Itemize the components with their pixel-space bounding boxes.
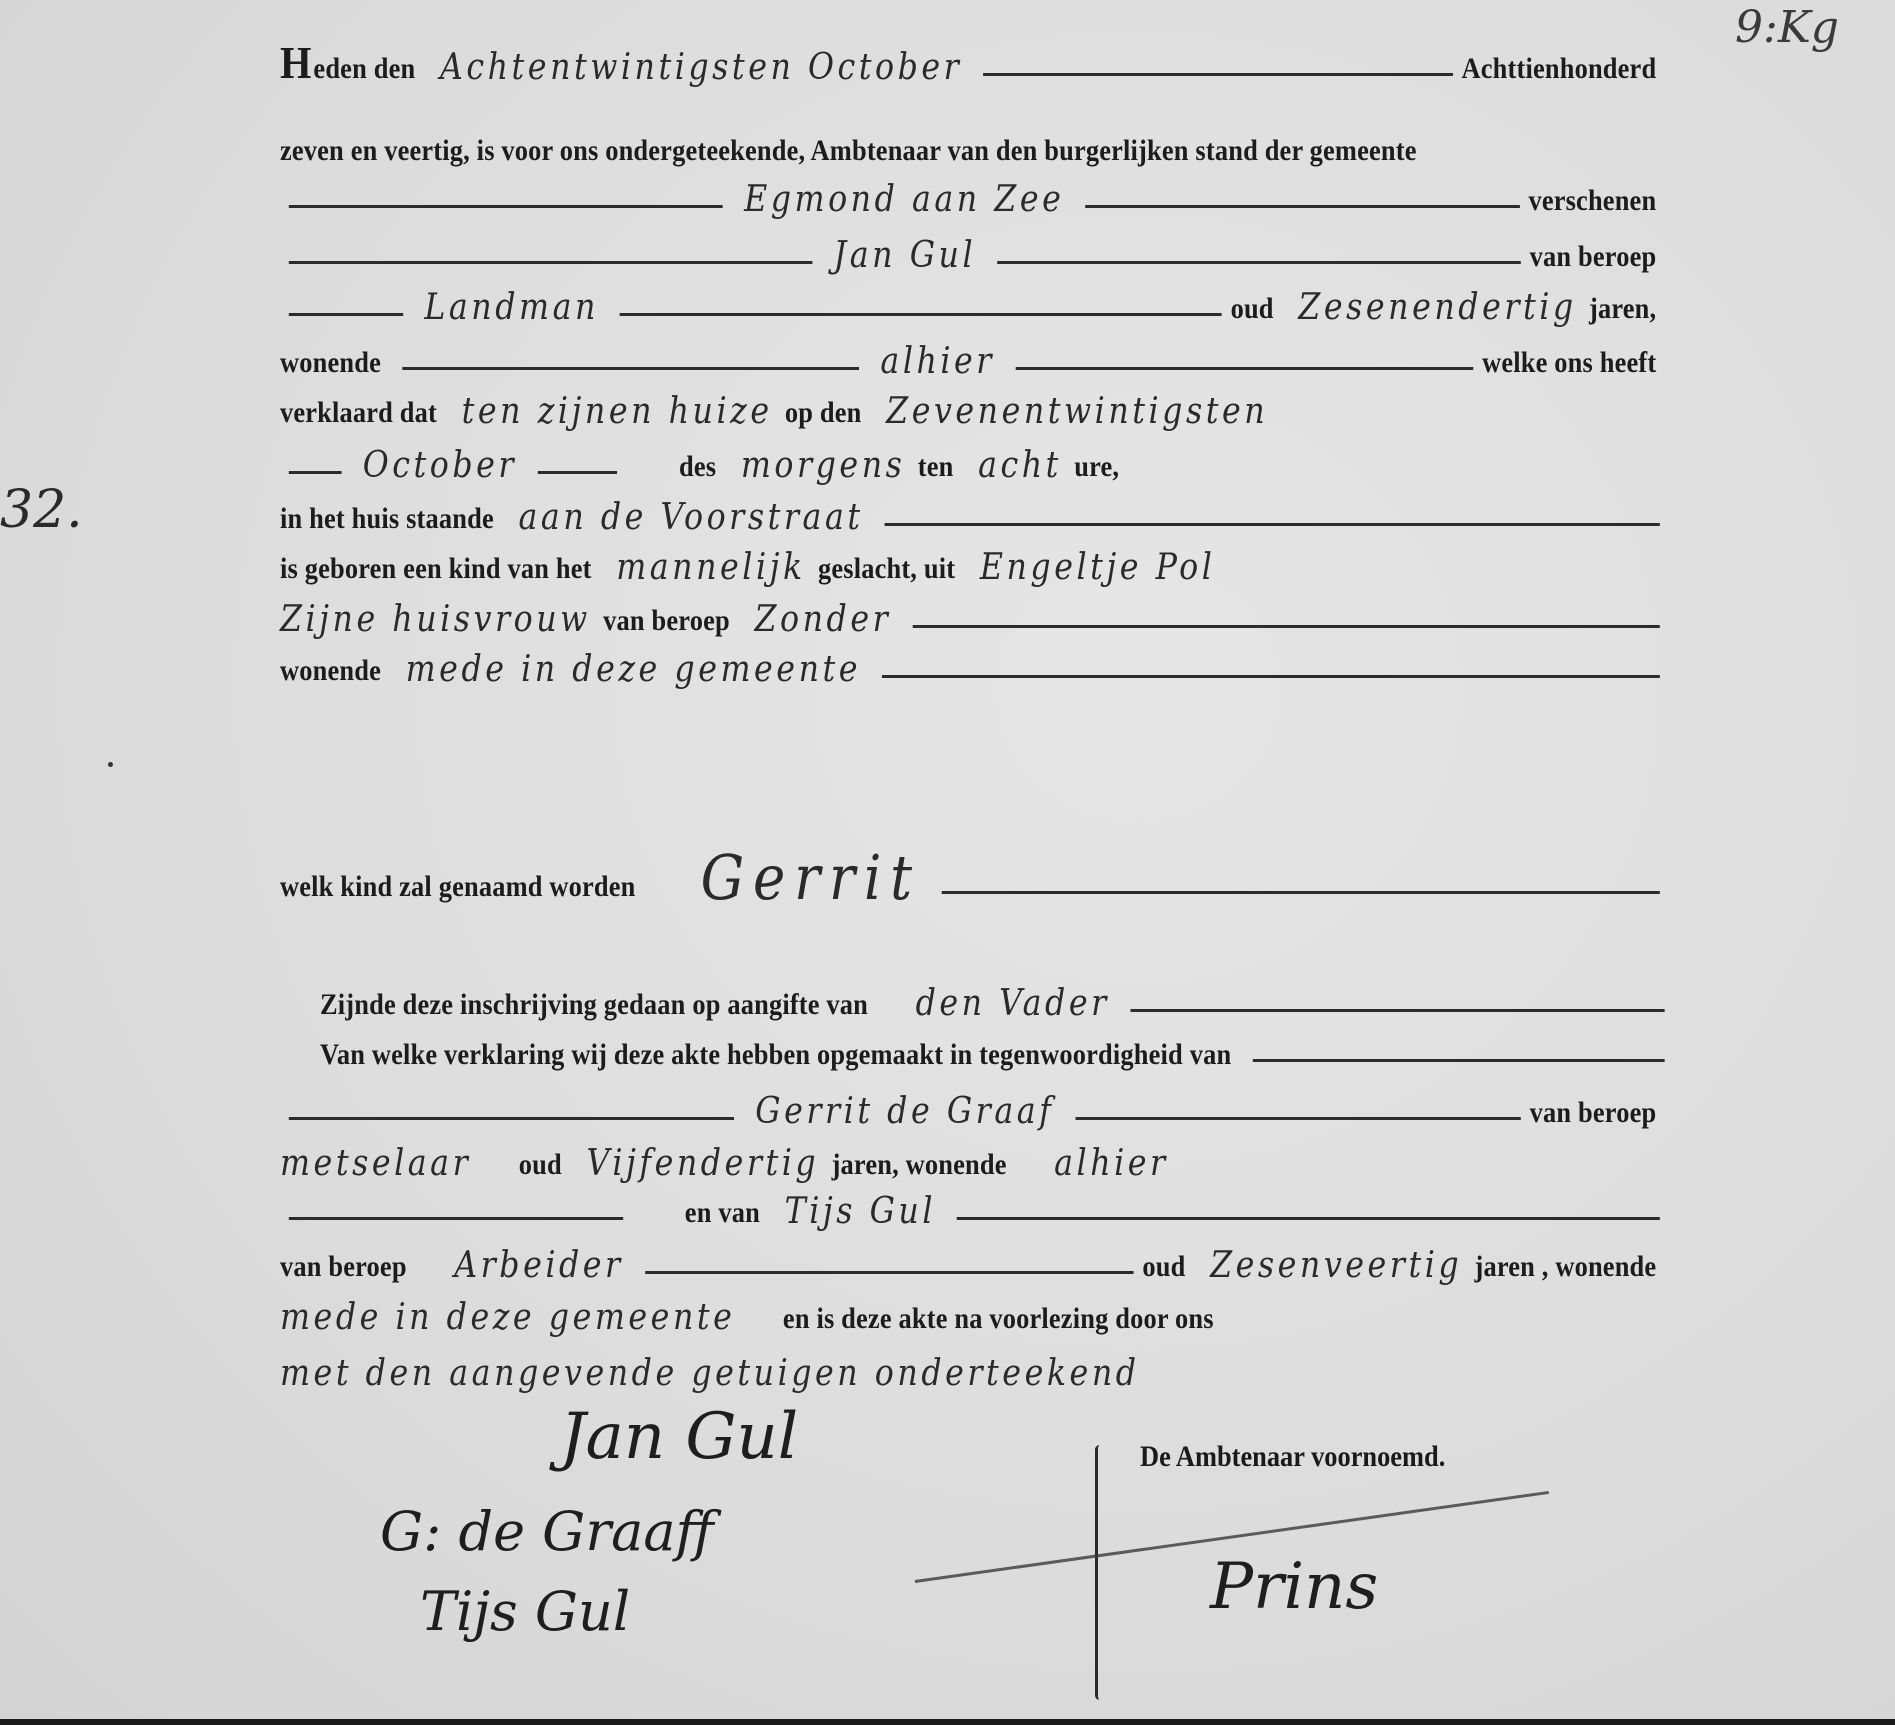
text-line: October des morgens ten acht ure, bbox=[280, 438, 1669, 484]
fill-rule bbox=[997, 261, 1521, 264]
printed-text: verklaard dat bbox=[280, 396, 437, 430]
margin-record-number: 32. bbox=[0, 480, 83, 540]
text-line: wonende alhier welke ons heeft bbox=[280, 334, 1669, 380]
handwritten-child-name: Gerrit bbox=[701, 841, 921, 914]
printed-text: is geboren een kind van het bbox=[280, 552, 592, 586]
text-line: verklaard dat ten zijnen huize op den Ze… bbox=[280, 384, 1858, 430]
printed-text: in het huis staande bbox=[280, 502, 494, 536]
fill-rule bbox=[983, 73, 1452, 76]
printed-text: wonende bbox=[280, 346, 381, 380]
fill-rule bbox=[620, 313, 1222, 316]
printed-text: geslacht, uit bbox=[818, 552, 955, 586]
text-line: mede in deze gemeente en is deze akte na… bbox=[280, 1290, 1669, 1336]
text-line: metselaar oud Vijfendertig jaren, wonend… bbox=[280, 1136, 1669, 1182]
handwritten-declarant: den Vader bbox=[916, 983, 1110, 1024]
handwritten-witness2-occupation: Arbeider bbox=[454, 1245, 624, 1286]
text-line: Gerrit de Graaf van beroep bbox=[280, 1084, 1669, 1130]
handwritten-witness1-name: Gerrit de Graaf bbox=[755, 1091, 1054, 1132]
fill-rule bbox=[289, 261, 813, 264]
fill-rule bbox=[289, 471, 342, 474]
handwritten-father-occupation: Landman bbox=[424, 287, 599, 328]
printed-text: welk kind zal genaamd worden bbox=[280, 870, 636, 904]
signature-declarant: Jan Gul bbox=[560, 1400, 798, 1474]
fill-rule bbox=[289, 1117, 734, 1120]
printed-text: Zijnde deze inschrijving gedaan op aangi… bbox=[320, 988, 868, 1022]
paper-speck bbox=[108, 762, 113, 767]
handwritten-street: aan de Voorstraat bbox=[519, 497, 864, 538]
handwritten-witness2-age: Zesenveertig bbox=[1210, 1245, 1462, 1286]
text-line: in het huis staande aan de Voorstraat bbox=[280, 490, 1669, 536]
printed-text: van beroep bbox=[280, 1250, 407, 1284]
signature-brace bbox=[1095, 1445, 1104, 1700]
printed-text: en is deze akte na voorlezing door ons bbox=[783, 1302, 1214, 1336]
handwritten-date: Achtentwintigsten October bbox=[440, 47, 962, 88]
printed-text: Achttienhonderd bbox=[1462, 52, 1657, 86]
text-line: Zijne huisvrouw van beroep Zonder bbox=[280, 592, 1669, 638]
text-line: van beroep Arbeider oud Zesenveertig jar… bbox=[280, 1238, 1669, 1284]
fill-rule bbox=[289, 313, 403, 316]
fill-rule bbox=[645, 1271, 1134, 1274]
fill-rule bbox=[1131, 1009, 1665, 1012]
handwritten-witness1-residence: alhier bbox=[1054, 1143, 1169, 1184]
printed-text: oud bbox=[1142, 1250, 1185, 1284]
fill-rule bbox=[1016, 367, 1473, 370]
fill-rule bbox=[1076, 1117, 1521, 1120]
handwritten-birth-day: Zevenentwintigsten bbox=[886, 391, 1268, 432]
text-line: wonende mede in deze gemeente bbox=[280, 642, 1669, 688]
handwritten-hour: acht bbox=[978, 445, 1062, 486]
handwritten-time-of-day: morgens bbox=[741, 445, 906, 486]
printed-text: zeven en veertig, is voor ons ondergetee… bbox=[280, 134, 1417, 168]
printed-text: ure, bbox=[1074, 450, 1119, 484]
printed-text: van beroep bbox=[603, 604, 730, 638]
handwritten-municipality: Egmond aan Zee bbox=[744, 179, 1064, 220]
printed-text: welke ons heeft bbox=[1482, 346, 1656, 380]
text-line: Landman oud Zesenendertig jaren, bbox=[280, 280, 1669, 326]
text-line: Egmond aan Zee verschenen bbox=[280, 172, 1669, 218]
birth-certificate-page: 9:Kg 32. H eden den Achtentwintigsten Oc… bbox=[0, 0, 1895, 1725]
handwritten-birth-place: ten zijnen huize bbox=[462, 391, 773, 432]
printed-text: jaren, wonende bbox=[832, 1148, 1007, 1182]
fill-rule bbox=[402, 367, 859, 370]
text-line: is geboren een kind van het mannelijk ge… bbox=[280, 540, 1669, 586]
printed-text: ten bbox=[918, 450, 954, 484]
fill-rule bbox=[1252, 1059, 1664, 1062]
page-bottom-edge bbox=[0, 1719, 1895, 1725]
text-line: H eden den Achtentwintigsten October Ach… bbox=[280, 40, 1669, 86]
printed-text: oud bbox=[1231, 292, 1274, 326]
printed-text: verschenen bbox=[1528, 184, 1656, 218]
drop-cap: H bbox=[280, 40, 312, 86]
handwritten-witness2-name: Tijs Gul bbox=[785, 1191, 936, 1232]
fill-rule bbox=[882, 675, 1660, 678]
handwritten-residence: alhier bbox=[880, 341, 995, 382]
handwritten-birth-month: October bbox=[363, 445, 517, 486]
handwritten-witness1-occupation: metselaar bbox=[280, 1143, 471, 1184]
text-line: Zijnde deze inschrijving gedaan op aangi… bbox=[320, 976, 1673, 1022]
handwritten-mother-occupation: Zonder bbox=[754, 599, 891, 640]
text-line: welk kind zal genaamd worden Gerrit bbox=[280, 858, 1669, 904]
handwritten-mother-relation: Zijne huisvrouw bbox=[280, 599, 591, 640]
handwritten-father-name: Jan Gul bbox=[834, 235, 977, 276]
fill-rule bbox=[538, 471, 617, 474]
handwritten-sex: mannelijk bbox=[616, 547, 805, 588]
fill-rule bbox=[289, 1217, 623, 1220]
fill-rule bbox=[885, 523, 1660, 526]
signature-official: Prins bbox=[1210, 1550, 1378, 1624]
fill-rule bbox=[289, 205, 723, 208]
fill-rule bbox=[1086, 205, 1520, 208]
fill-rule bbox=[957, 1217, 1660, 1220]
printed-text: van beroep bbox=[1530, 240, 1657, 274]
printed-text: wonende bbox=[280, 654, 381, 688]
signature-witness-2: Tijs Gul bbox=[420, 1580, 630, 1643]
handwritten-closing-clause: met den aangevende getuigen onderteekend bbox=[280, 1353, 1140, 1394]
text-line: Van welke verklaring wij deze akte hebbe… bbox=[320, 1026, 1673, 1072]
printed-text: jaren, bbox=[1589, 292, 1656, 326]
text-line: en van Tijs Gul bbox=[280, 1184, 1669, 1230]
handwritten-mother-residence: mede in deze gemeente bbox=[406, 649, 861, 690]
handwritten-mother-name: Engeltje Pol bbox=[980, 547, 1216, 588]
printed-text: van beroep bbox=[1530, 1096, 1657, 1130]
printed-text: eden den bbox=[313, 52, 415, 86]
fill-rule bbox=[942, 891, 1660, 894]
handwritten-witness1-age: Vijfendertig bbox=[587, 1143, 820, 1184]
fill-rule bbox=[912, 625, 1659, 628]
printed-text: op den bbox=[785, 396, 862, 430]
signature-witness-1: G: de Graaff bbox=[380, 1500, 714, 1563]
printed-text: Van welke verklaring wij deze akte hebbe… bbox=[320, 1038, 1231, 1072]
printed-text: en van bbox=[685, 1196, 760, 1230]
printed-text: des bbox=[679, 450, 716, 484]
printed-text: jaren , wonende bbox=[1474, 1250, 1656, 1284]
folio-annotation: 9:Kg bbox=[1735, 2, 1839, 53]
handwritten-witness2-residence: mede in deze gemeente bbox=[280, 1297, 735, 1338]
text-line: met den aangevende getuigen onderteekend bbox=[280, 1346, 1669, 1392]
text-line: Jan Gul van beroep bbox=[280, 228, 1669, 274]
printed-text: oud bbox=[519, 1148, 562, 1182]
official-label: De Ambtenaar voornoemd. bbox=[1140, 1440, 1445, 1474]
text-line: zeven en veertig, is voor ons ondergetee… bbox=[280, 122, 1858, 168]
handwritten-father-age: Zesenendertig bbox=[1298, 287, 1576, 328]
